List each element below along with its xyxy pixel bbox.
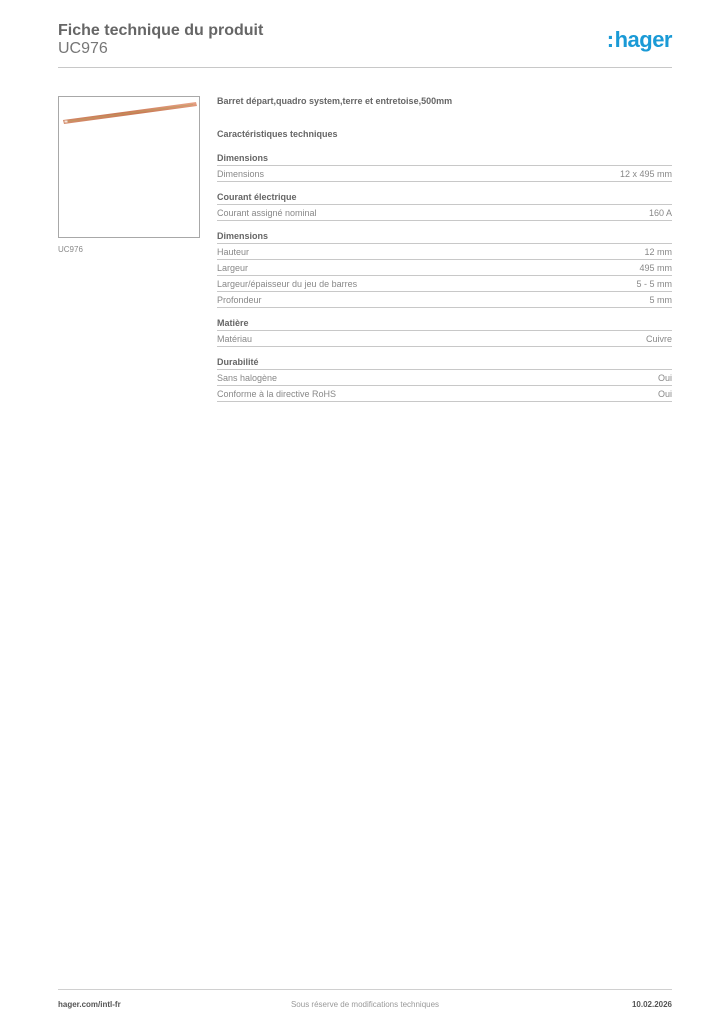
spec-value: 160 A — [649, 206, 672, 220]
spec-row: Largeur/épaisseur du jeu de barres5 - 5 … — [217, 276, 672, 292]
specs-heading: Caractéristiques techniques — [217, 128, 672, 140]
spec-content: Barret départ,quadro system,terre et ent… — [217, 95, 672, 411]
spec-value: 12 mm — [644, 245, 672, 259]
spec-group: Courant électriqueCourant assigné nomina… — [217, 191, 672, 221]
spec-group-title: Durabilité — [217, 356, 672, 370]
spec-group: DimensionsHauteur12 mmLargeur495 mmLarge… — [217, 230, 672, 308]
spec-label: Largeur/épaisseur du jeu de barres — [217, 277, 357, 291]
spec-group-title: Dimensions — [217, 152, 672, 166]
logo-colon: : — [607, 27, 614, 52]
spec-group-title: Courant électrique — [217, 191, 672, 205]
spec-row: Dimensions12 x 495 mm — [217, 166, 672, 182]
busbar-image-icon — [59, 97, 199, 237]
spec-label: Dimensions — [217, 167, 264, 181]
spec-label: Conforme à la directive RoHS — [217, 387, 336, 401]
spec-value: 12 x 495 mm — [620, 167, 672, 181]
spec-value: 495 mm — [639, 261, 672, 275]
spec-label: Largeur — [217, 261, 248, 275]
footer-divider — [58, 989, 672, 990]
spec-label: Matériau — [217, 332, 252, 346]
spec-value: 5 - 5 mm — [636, 277, 672, 291]
spec-row: Sans halogèneOui — [217, 370, 672, 386]
spec-label: Hauteur — [217, 245, 249, 259]
spec-value: Oui — [658, 387, 672, 401]
disclaimer: Sous réserve de modifications techniques — [58, 999, 672, 1011]
product-description: Barret départ,quadro system,terre et ent… — [217, 95, 672, 107]
spec-group: DimensionsDimensions12 x 495 mm — [217, 152, 672, 182]
page-header: Fiche technique du produit UC976 :hager — [58, 21, 672, 58]
logo-text: hager — [615, 27, 672, 52]
spec-label: Profondeur — [217, 293, 262, 307]
spec-row: Courant assigné nominal160 A — [217, 205, 672, 221]
spec-label: Sans halogène — [217, 371, 277, 385]
spec-value: Oui — [658, 371, 672, 385]
hager-logo: :hager — [607, 29, 672, 51]
spec-row: Hauteur12 mm — [217, 244, 672, 260]
page-footer: hager.com/intl-fr Sous réserve de modifi… — [58, 999, 672, 1011]
product-image — [58, 96, 200, 238]
document-date: 10.02.2026 — [632, 999, 672, 1011]
spec-group-title: Matière — [217, 317, 672, 331]
spec-row: MatériauCuivre — [217, 331, 672, 347]
product-reference: UC976 — [58, 40, 672, 58]
spec-group-title: Dimensions — [217, 230, 672, 244]
document-title: Fiche technique du produit — [58, 21, 672, 40]
spec-value: 5 mm — [650, 293, 673, 307]
spec-row: Conforme à la directive RoHSOui — [217, 386, 672, 402]
spec-row: Largeur495 mm — [217, 260, 672, 276]
spec-groups: DimensionsDimensions12 x 495 mmCourant é… — [217, 152, 672, 402]
spec-group: MatièreMatériauCuivre — [217, 317, 672, 347]
spec-row: Profondeur5 mm — [217, 292, 672, 308]
spec-group: DurabilitéSans halogèneOuiConforme à la … — [217, 356, 672, 402]
header-divider — [58, 67, 672, 68]
image-caption: UC976 — [58, 245, 83, 254]
spec-label: Courant assigné nominal — [217, 206, 317, 220]
spec-value: Cuivre — [646, 332, 672, 346]
